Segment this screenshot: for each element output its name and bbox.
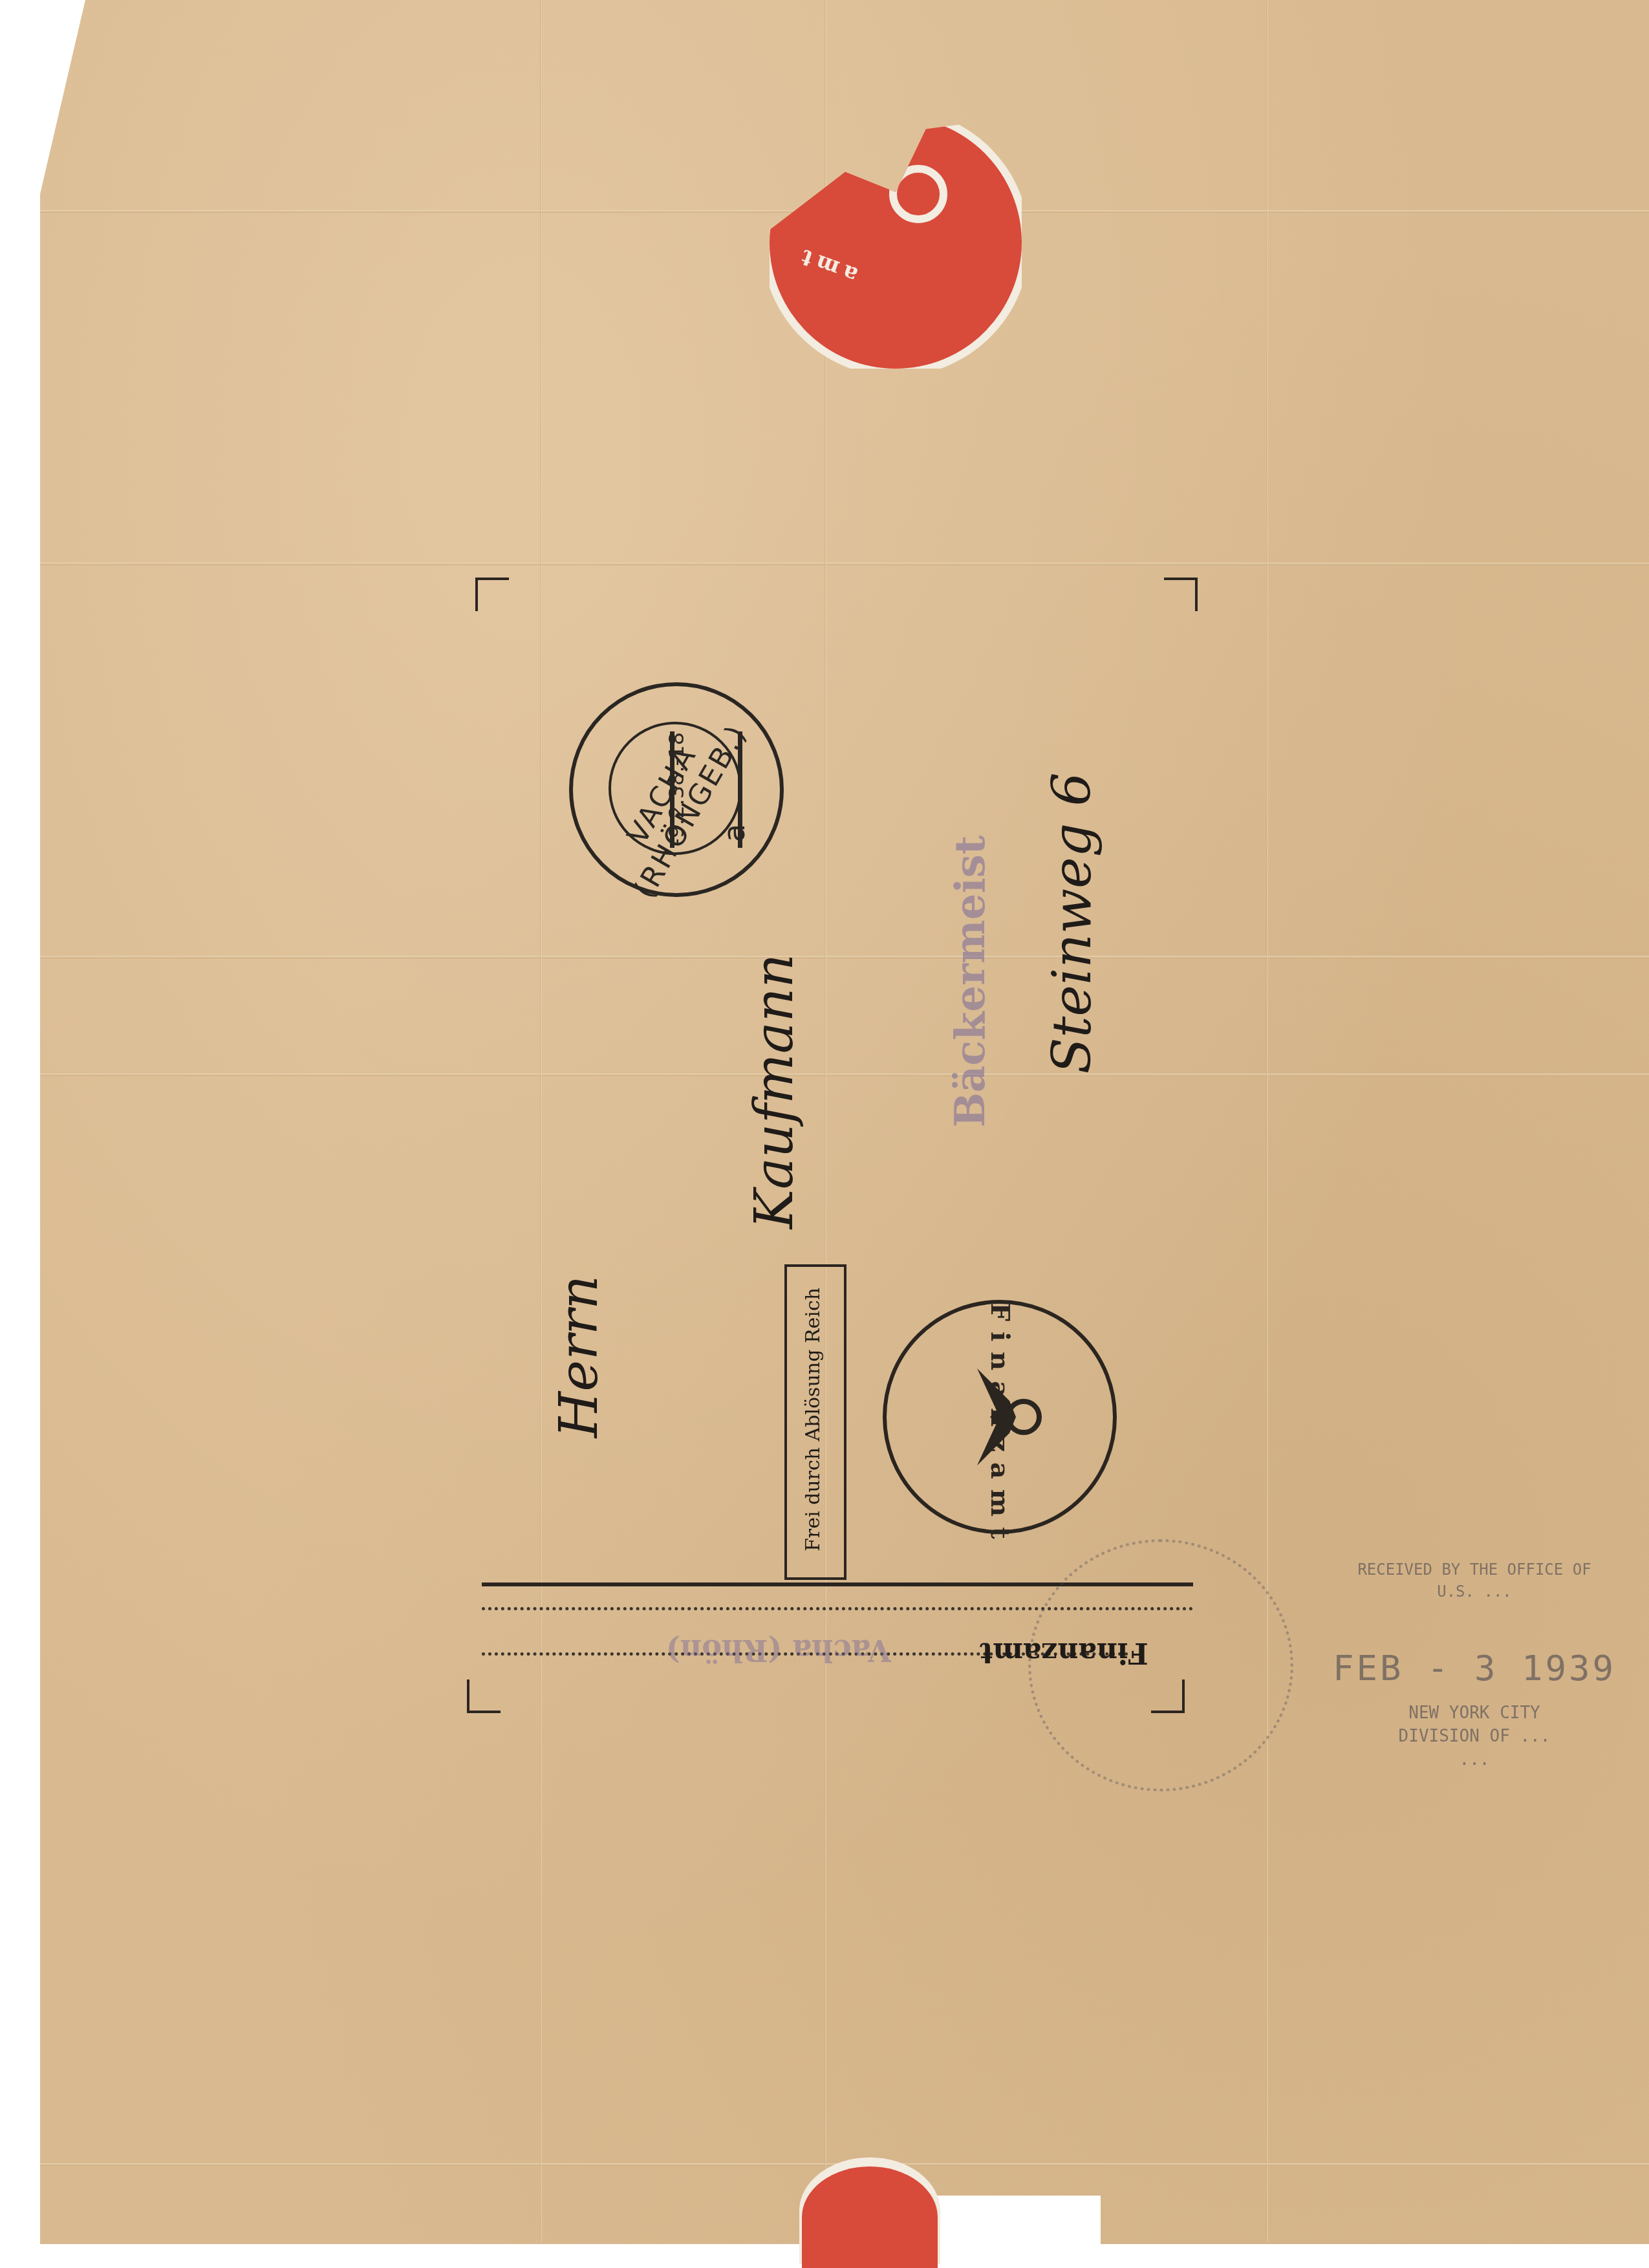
postmark-letter: a: [717, 824, 751, 842]
postmark: VACHA (RHÖNGEB.) -9.2.38.-18 a: [569, 682, 784, 897]
fold-line: [1266, 0, 1268, 2242]
franking-text: Frei durch Ablösung Reich: [802, 1271, 824, 1568]
official-seal: Finanzamt: [883, 1300, 1117, 1534]
postmark-date: -9.2.38.-18: [664, 711, 689, 867]
corner-mark: [1164, 578, 1198, 611]
address-occupation: Kaufmann: [744, 954, 805, 1229]
address-street: Steinweg 6: [1042, 772, 1103, 1074]
red-seal-bottom: [802, 2166, 938, 2268]
receipt-date: FEB - 3 1939: [1300, 1648, 1649, 1689]
receipt-line: RECEIVED BY THE OFFICE OF: [1300, 1559, 1649, 1581]
fold-line: [40, 563, 1649, 565]
receipt-line: ...: [1300, 1748, 1649, 1771]
purple-occupation-stamp: Bäckermeist: [946, 836, 995, 1128]
receipt-stamp: RECEIVED BY THE OFFICE OF U.S. ... FEB -…: [1300, 1559, 1649, 1771]
receipt-line: U.S. ...: [1300, 1581, 1649, 1603]
corner-mark: [475, 578, 509, 611]
fold-line: [540, 0, 542, 2242]
address-salutation: Herrn: [548, 1275, 610, 1438]
corner-mark: [467, 1679, 501, 1713]
receipt-line: DIVISION OF ...: [1300, 1725, 1649, 1748]
fold-line: [40, 956, 1649, 958]
faded-circular-stamp: [1028, 1539, 1293, 1791]
fold-line: [40, 2163, 1649, 2166]
fold-line: [40, 1074, 1649, 1076]
receipt-line: NEW YORK CITY: [1300, 1701, 1649, 1725]
eagle-emblem-icon: [971, 1362, 1042, 1472]
sender-place-stamp: Vacha (Rhön): [666, 1633, 891, 1668]
seal-text: amt: [793, 242, 861, 288]
